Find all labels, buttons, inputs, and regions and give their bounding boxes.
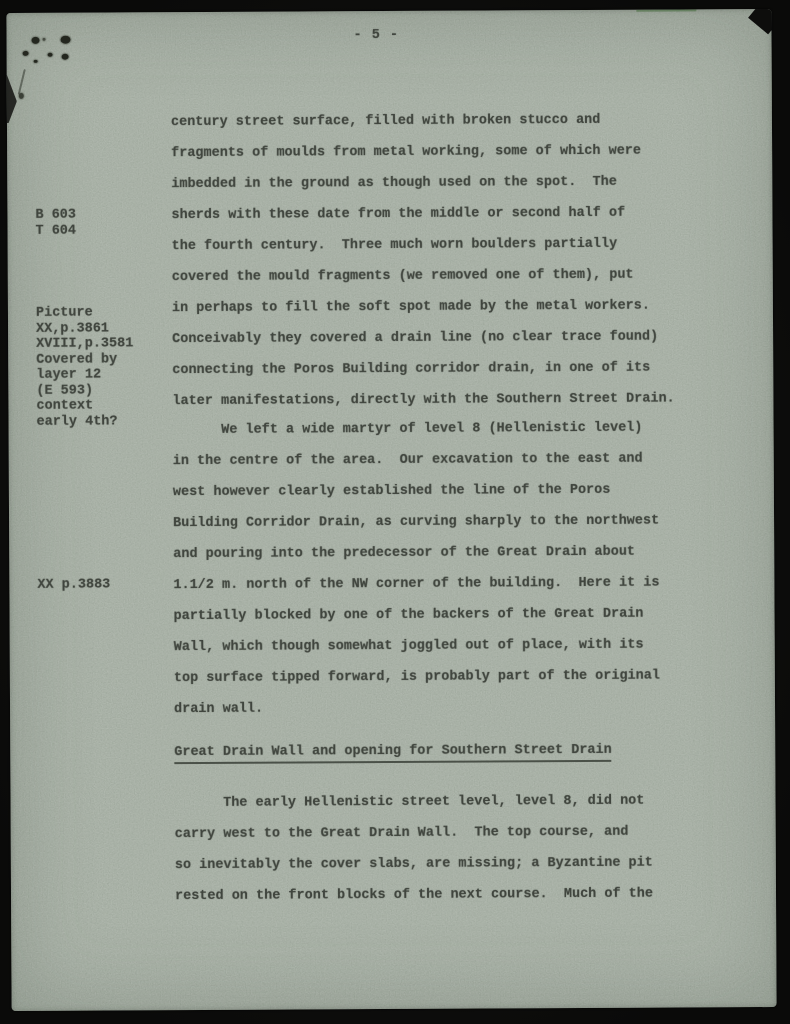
- text-line: top surface tipped forward, is probably …: [174, 661, 660, 695]
- margin-note-line: XVIII,p.3581: [36, 336, 133, 352]
- text-line: connecting the Poros Building corridor d…: [172, 353, 674, 387]
- ink-spot: [61, 36, 71, 44]
- paper-edge-tear: [6, 75, 17, 123]
- text-line: 1.1/2 m. north of the NW corner of the b…: [173, 568, 659, 602]
- text-line: century street surface, filled with brok…: [171, 105, 673, 139]
- ink-spot: [23, 51, 29, 56]
- page-number: - 5 -: [353, 28, 399, 43]
- ink-streak: [18, 69, 26, 95]
- text-line: so inevitably the cover slabs, are missi…: [175, 848, 653, 882]
- margin-note-picture-refs: PictureXX,p.3861XVIII,p.3581Covered byla…: [36, 305, 134, 430]
- text-line: Wall, which though somewhat joggled out …: [174, 630, 660, 664]
- margin-note-line: XX,p.3861: [36, 321, 133, 337]
- text-line: and pouring into the predecessor of the …: [173, 537, 659, 571]
- margin-note-line: B 603: [35, 208, 76, 224]
- section-heading: Great Drain Wall and opening for Souther…: [174, 743, 612, 760]
- margin-note-line: Picture: [36, 305, 133, 321]
- text-line: The early Hellenistic street level, leve…: [174, 786, 652, 820]
- margin-note-line: (E 593): [36, 383, 133, 399]
- text-line: partially blocked by one of the backers …: [173, 599, 659, 633]
- ink-spot: [32, 37, 40, 44]
- paragraph-3: The early Hellenistic street level, leve…: [174, 786, 653, 913]
- margin-note-page-ref: XX p.3883: [37, 577, 110, 593]
- scanner-edge-artifact: [636, 9, 696, 11]
- paragraph-2: We left a wide martyr of level 8 (Hellen…: [173, 413, 661, 726]
- ink-spot: [43, 38, 46, 41]
- text-line: We left a wide martyr of level 8 (Hellen…: [173, 413, 659, 447]
- margin-note-line: layer 12: [36, 367, 133, 383]
- text-line: west however clearly established the lin…: [173, 475, 659, 509]
- text-line: the fourth century. Three much worn boul…: [172, 229, 674, 263]
- margin-note-line: context: [36, 398, 133, 414]
- text-line: carry west to the Great Drain Wall. The …: [175, 817, 653, 851]
- text-line: Conceivably they covered a drain line (n…: [172, 322, 674, 356]
- text-line: sherds with these date from the middle o…: [171, 198, 673, 232]
- margin-note-line: Covered by: [36, 352, 133, 368]
- text-line: rested on the front blocks of the next c…: [175, 879, 653, 913]
- text-line: imbedded in the ground as though used on…: [171, 167, 673, 201]
- ink-spot: [62, 54, 69, 60]
- section-heading-text: Great Drain Wall and opening for Souther…: [174, 743, 612, 764]
- text-line: in perhaps to fill the soft spot made by…: [172, 291, 674, 325]
- ink-spot: [34, 60, 38, 63]
- text-line: Building Corridor Drain, as curving shar…: [173, 506, 659, 540]
- text-line: fragments of moulds from metal working, …: [171, 136, 673, 170]
- margin-note-line: XX p.3883: [37, 577, 110, 593]
- margin-note-line: early 4th?: [36, 414, 133, 430]
- ink-spot: [48, 53, 53, 57]
- text-line: drain wall.: [174, 692, 660, 726]
- scan-background: - 5 - B 603T 604 PictureXX,p.3861XVIII,p…: [0, 0, 790, 1024]
- margin-note-line: T 604: [35, 223, 76, 239]
- document-page: - 5 - B 603T 604 PictureXX,p.3861XVIII,p…: [6, 9, 776, 1011]
- paragraph-1: century street surface, filled with brok…: [171, 105, 675, 418]
- text-line: covered the mould fragments (we removed …: [172, 260, 674, 294]
- paper-corner-cut: [748, 9, 776, 34]
- text-line: in the centre of the area. Our excavatio…: [173, 444, 659, 478]
- margin-note-catalog-numbers: B 603T 604: [35, 208, 76, 239]
